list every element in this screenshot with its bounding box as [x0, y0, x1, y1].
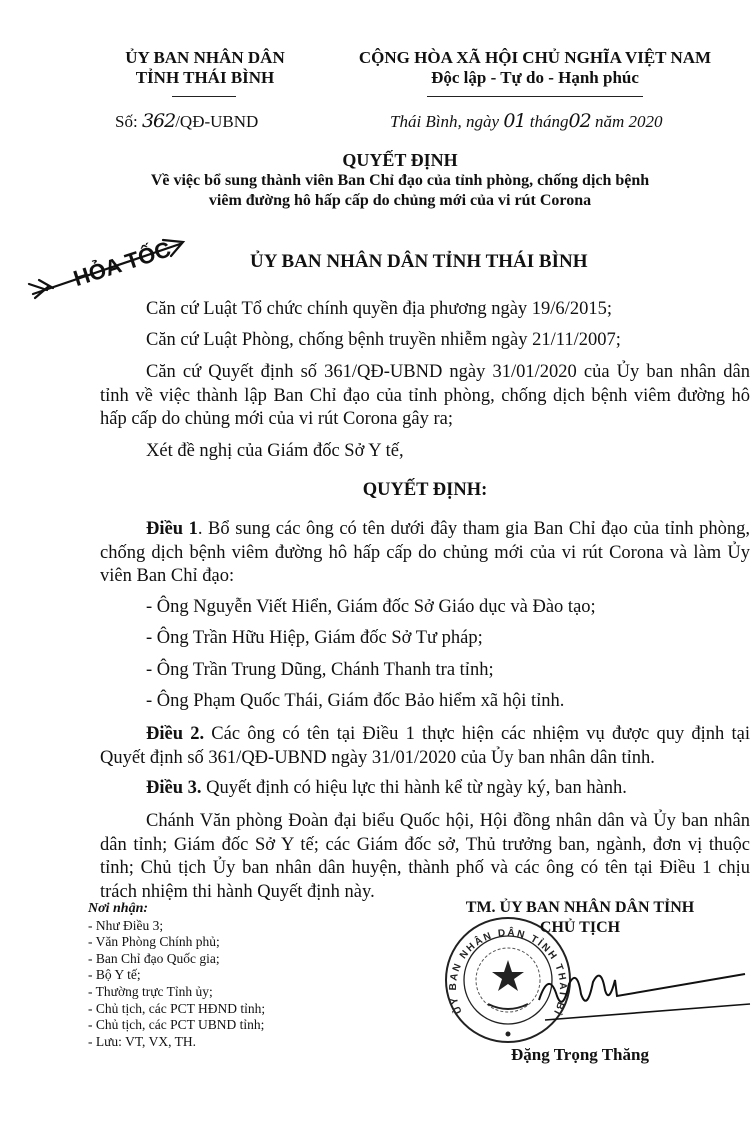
recipient-item: - Như Điều 3;: [88, 918, 265, 935]
issuer-heading: ỦY BAN NHÂN DÂN TỈNH THÁI BÌNH: [250, 251, 587, 273]
arrow-icon: HỎA TỐC: [25, 232, 195, 302]
svg-text:HỎA TỐC: HỎA TỐC: [70, 235, 174, 291]
closing-paragraph: Chánh Văn phòng Đoàn đại biểu Quốc hội, …: [100, 810, 750, 904]
member-item: - Ông Trần Hữu Hiệp, Giám đốc Sở Tư pháp…: [146, 628, 483, 649]
article-1: Điều 1. Bổ sung các ông có tên dưới đây …: [100, 518, 750, 589]
document-number: Số: 362/QĐ-UBND: [115, 110, 258, 132]
signature-block: TM. ỦY BAN NHÂN DÂN TỈNH CHỦ TỊCH: [430, 898, 730, 938]
national-motto: CỘNG HÒA XÃ HỘI CHỦ NGHĨA VIỆT NAM Độc l…: [320, 48, 750, 88]
recipient-item: - Chủ tịch, các PCT HĐND tỉnh;: [88, 1001, 265, 1018]
handwritten-day: 01: [503, 110, 525, 132]
nation-line-1: CỘNG HÒA XÃ HỘI CHỦ NGHĨA VIỆT NAM: [320, 48, 750, 68]
handwritten-number: 362: [142, 110, 175, 132]
recipient-item: - Lưu: VT, VX, TH.: [88, 1034, 265, 1051]
preamble-2: Căn cứ Luật Phòng, chống bệnh truyền nhi…: [146, 329, 750, 352]
preamble-4: Xét đề nghị của Giám đốc Sở Y tế,: [146, 440, 750, 463]
document-date: Thái Bình, ngày 01 tháng02 năm 2020: [390, 110, 662, 132]
document-subtitle: Về việc bổ sung thành viên Ban Chỉ đạo c…: [100, 171, 700, 211]
recipient-item: - Văn Phòng Chính phủ;: [88, 934, 265, 951]
recipient-item: - Chủ tịch, các PCT UBND tỉnh;: [88, 1017, 265, 1034]
recipient-item: - Bộ Y tế;: [88, 967, 265, 984]
recipients-heading: Nơi nhận:: [88, 901, 265, 918]
recipients-list: Nơi nhận: - Như Điều 3; - Văn Phòng Chín…: [88, 901, 265, 1050]
preamble-3: Căn cứ Quyết định số 361/QĐ-UBND ngày 31…: [100, 361, 750, 432]
preamble-1: Căn cứ Luật Tổ chức chính quyền địa phươ…: [146, 298, 750, 321]
urgent-stamp: HỎA TỐC: [25, 232, 195, 307]
motto-underline: [427, 96, 643, 97]
article-2: Điều 2. Các ông có tên tại Điều 1 thực h…: [100, 723, 750, 770]
on-behalf-of: TM. ỦY BAN NHÂN DÂN TỈNH: [430, 898, 730, 918]
signer-position: CHỦ TỊCH: [430, 918, 730, 938]
member-item: - Ông Phạm Quốc Thái, Giám đốc Bảo hiểm …: [146, 691, 564, 712]
document-title: QUYẾT ĐỊNH: [100, 150, 700, 170]
member-item: - Ông Trần Trung Dũng, Chánh Thanh tra t…: [146, 660, 494, 681]
agency-line-1: ỦY BAN NHÂN DÂN: [100, 48, 310, 68]
agency-underline: [172, 96, 236, 97]
member-item: - Ông Nguyễn Viết Hiển, Giám đốc Sở Giáo…: [146, 597, 596, 618]
signature-icon: [535, 960, 753, 1030]
agency-line-2: TỈNH THÁI BÌNH: [100, 68, 310, 88]
recipient-item: - Thường trực Tỉnh ủy;: [88, 984, 265, 1001]
handwritten-month: 02: [569, 110, 591, 132]
signer-name: Đặng Trọng Thăng: [430, 1045, 730, 1065]
recipient-item: - Ban Chỉ đạo Quốc gia;: [88, 951, 265, 968]
decision-heading: QUYẾT ĐỊNH:: [100, 480, 750, 501]
nation-line-2: Độc lập - Tự do - Hạnh phúc: [320, 68, 750, 88]
issuing-agency: ỦY BAN NHÂN DÂN TỈNH THÁI BÌNH: [100, 48, 310, 88]
article-3: Điều 3. Quyết định có hiệu lực thi hành …: [146, 778, 627, 799]
